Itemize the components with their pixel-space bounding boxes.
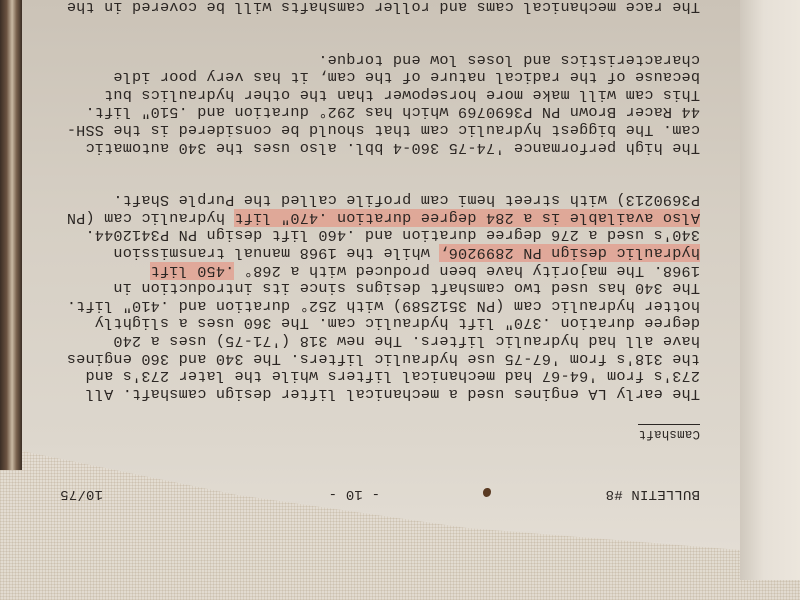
paragraph-lifters: The early LA engines used a mechanical l… [60,191,700,402]
highlighted-text: Also available is a 284 degree duration … [234,209,700,227]
upside-down-page-content: BULLETIN #8 - 10 - 10/75 Camshaft The ea… [22,0,740,550]
adjacent-page [740,0,800,580]
paragraph-high-performance: The high performance '74-75 360-4 bbl. a… [60,50,700,156]
page-header: BULLETIN #8 - 10 - 10/75 [60,484,700,502]
page-number: - 10 - [328,484,380,502]
section-title: Camshaft [638,424,700,443]
book-binding [0,0,22,470]
bulletin-number: BULLETIN #8 [605,484,700,502]
paragraph-race-cams: The race mechanical cams and roller cams… [60,0,700,15]
paragraph-text: The early LA engines used a mechanical l… [67,262,700,403]
page-date: 10/75 [60,484,103,502]
